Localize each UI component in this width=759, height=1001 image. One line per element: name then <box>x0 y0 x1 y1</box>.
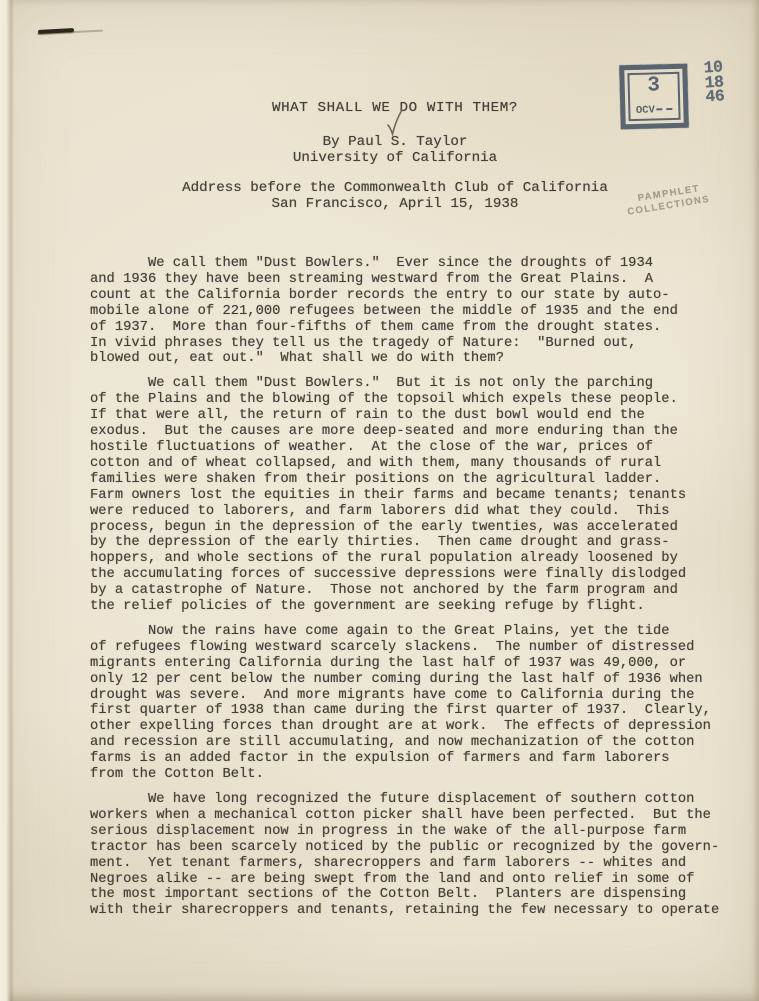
date-stamp-digit: 3 <box>647 76 660 96</box>
scanned-document-page: 3 OCV 10 18 46 PAMPHLET COLLECTIONS WHAT… <box>0 0 759 1001</box>
pencil-checkmark-icon <box>386 108 404 143</box>
date-stamp-year-number: 46 <box>705 89 725 105</box>
paragraph-2: We call them "Dust Bowlers." But it is n… <box>90 376 755 615</box>
staple <box>38 28 74 34</box>
paragraph-3: Now the rains have come again to the Gre… <box>90 624 755 783</box>
address-place-date: San Francisco, April 15, 1938 <box>90 197 700 213</box>
document-affiliation: University of California <box>90 151 700 167</box>
paragraph-4: We have long recognized the future displ… <box>90 792 755 919</box>
address-occasion: Address before the Commonwealth Club of … <box>90 181 700 197</box>
paragraph-1: We call them "Dust Bowlers." Ever since … <box>90 256 755 367</box>
date-stamp-date-column: 10 18 46 <box>703 60 724 105</box>
document-body: We call them "Dust Bowlers." Ever since … <box>90 256 755 928</box>
